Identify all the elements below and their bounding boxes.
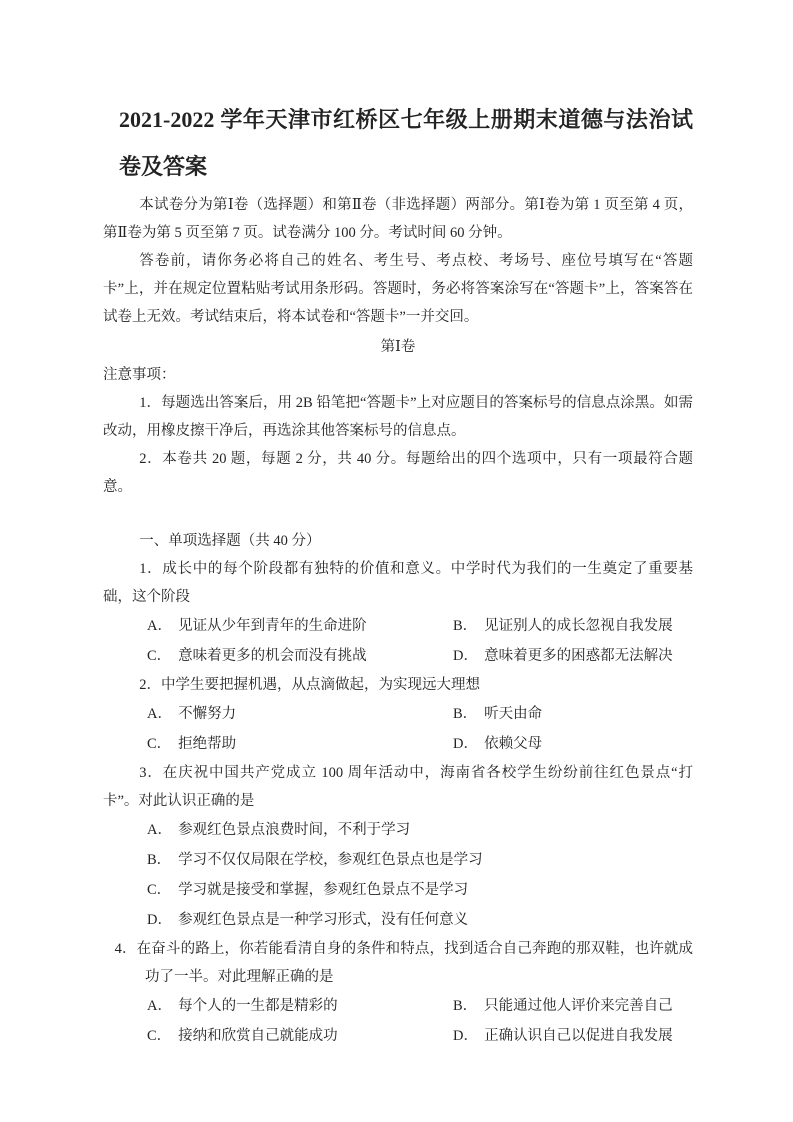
question-block-2: 2．中学生要把握机遇，从点滴做起，为实现远大理想 A．不懈努力 B．听天由命 C…: [103, 671, 693, 759]
option-label: D．: [453, 729, 484, 759]
option-label: A．: [147, 815, 178, 845]
option-item-d: D．正确认识自己以促进自我发展: [453, 1021, 693, 1051]
question-stem: 4．在奋斗的路上，你若能看清自身的条件和特点，找到适合自己奔跑的那双鞋，也许就成…: [145, 935, 693, 991]
option-text: 拒绝帮助: [178, 736, 236, 752]
volume-heading: 第Ⅰ卷: [103, 333, 693, 361]
option-item-a: A．参观红色景点浪费时间，不利于学习: [147, 815, 693, 845]
option-text: 接纳和欣赏自己就能成功: [178, 1028, 338, 1044]
option-text: 意味着更多的机会而没有挑战: [178, 648, 367, 664]
option-text: 参观红色景点浪费时间，不利于学习: [178, 822, 410, 838]
option-text: 正确认识自己以促进自我发展: [484, 1028, 673, 1044]
option-label: C．: [147, 729, 178, 759]
option-label: C．: [147, 875, 178, 905]
option-item-a: A．每个人的一生都是精彩的: [147, 991, 453, 1021]
option-item-c: C．意味着更多的机会而没有挑战: [147, 641, 453, 671]
option-item-d: D．依赖父母: [453, 729, 693, 759]
option-label: B．: [147, 845, 178, 875]
question-stem: 3．在庆祝中国共产党成立 100 周年活动中，海南省各校学生纷纷前往红色景点“打…: [103, 759, 693, 815]
option-item-b: B．见证别人的成长忽视自我发展: [453, 611, 693, 641]
option-text: 每个人的一生都是精彩的: [178, 998, 338, 1014]
question-stem: 1．成长中的每个阶段都有独特的价值和意义。中学时代为我们的一生奠定了重要基础，这…: [103, 555, 693, 611]
exam-paper-page: 2021-2022 学年天津市红桥区七年级上册期末道德与法治试卷及答案 本试卷分…: [0, 0, 793, 1122]
option-text: 不懈努力: [178, 706, 236, 722]
option-item-a: A．不懈努力: [147, 699, 453, 729]
option-label: A．: [147, 991, 178, 1021]
notes-heading: 注意事项：: [103, 361, 693, 389]
option-text: 见证从少年到青年的生命进阶: [178, 618, 367, 634]
option-text: 见证别人的成长忽视自我发展: [484, 618, 673, 634]
option-label: B．: [453, 991, 484, 1021]
option-label: A．: [147, 699, 178, 729]
option-text: 只能通过他人评价来完善自己: [484, 998, 673, 1014]
option-text: 参观红色景点是一种学习形式，没有任何意义: [178, 912, 468, 928]
question-block-4: 4．在奋斗的路上，你若能看清自身的条件和特点，找到适合自己奔跑的那双鞋，也许就成…: [103, 935, 693, 1051]
option-item-b: B．只能通过他人评价来完善自己: [453, 991, 693, 1021]
option-item-b: B．听天由命: [453, 699, 693, 729]
question-options: A．参观红色景点浪费时间，不利于学习 B．学习不仅仅局限在学校，参观红色景点也是…: [103, 815, 693, 935]
option-label: B．: [453, 611, 484, 641]
option-text: 学习就是接受和掌握，参观红色景点不是学习: [178, 882, 468, 898]
note-item-2: 2．本卷共 20 题，每题 2 分，共 40 分。每题给出的四个选项中，只有一项…: [103, 445, 693, 501]
option-text: 学习不仅仅局限在学校，参观红色景点也是学习: [178, 852, 483, 868]
question-block-3: 3．在庆祝中国共产党成立 100 周年活动中，海南省各校学生纷纷前往红色景点“打…: [103, 759, 693, 935]
option-text: 依赖父母: [484, 736, 542, 752]
option-item-c: C．拒绝帮助: [147, 729, 453, 759]
option-item-c: C．接纳和欣赏自己就能成功: [147, 1021, 453, 1051]
option-text: 听天由命: [484, 706, 542, 722]
document-title: 2021-2022 学年天津市红桥区七年级上册期末道德与法治试卷及答案: [119, 96, 693, 190]
intro-paragraph-1: 本试卷分为第Ⅰ卷（选择题）和第Ⅱ卷（非选择题）两部分。第Ⅰ卷为第 1 页至第 4…: [103, 191, 693, 247]
option-label: A．: [147, 611, 178, 641]
question-options: A．不懈努力 B．听天由命 C．拒绝帮助 D．依赖父母: [103, 699, 693, 759]
option-label: D．: [453, 1021, 484, 1051]
question-options: A．见证从少年到青年的生命进阶 B．见证别人的成长忽视自我发展 C．意味着更多的…: [103, 611, 693, 671]
note-item-1: 1．每题选出答案后，用 2B 铅笔把“答题卡”上对应题目的答案标号的信息点涂黑。…: [103, 389, 693, 445]
option-item-d: D．参观红色景点是一种学习形式，没有任何意义: [147, 905, 693, 935]
option-item-b: B．学习不仅仅局限在学校，参观红色景点也是学习: [147, 845, 693, 875]
option-item-a: A．见证从少年到青年的生命进阶: [147, 611, 453, 641]
section-heading: 一、单项选择题（共 40 分）: [103, 527, 693, 555]
question-stem: 2．中学生要把握机遇，从点滴做起，为实现远大理想: [103, 671, 693, 699]
option-label: C．: [147, 641, 178, 671]
question-options: A．每个人的一生都是精彩的 B．只能通过他人评价来完善自己 C．接纳和欣赏自己就…: [103, 991, 693, 1051]
intro-paragraph-2: 答卷前，请你务必将自己的姓名、考生号、考点校、考场号、座位号填写在“答题卡”上，…: [103, 247, 693, 331]
option-item-c: C．学习就是接受和掌握，参观红色景点不是学习: [147, 875, 693, 905]
option-label: C．: [147, 1021, 178, 1051]
question-block-1: 1．成长中的每个阶段都有独特的价值和意义。中学时代为我们的一生奠定了重要基础，这…: [103, 555, 693, 671]
option-item-d: D．意味着更多的困惑都无法解决: [453, 641, 693, 671]
option-label: D．: [147, 905, 178, 935]
option-text: 意味着更多的困惑都无法解决: [484, 648, 673, 664]
option-label: B．: [453, 699, 484, 729]
option-label: D．: [453, 641, 484, 671]
